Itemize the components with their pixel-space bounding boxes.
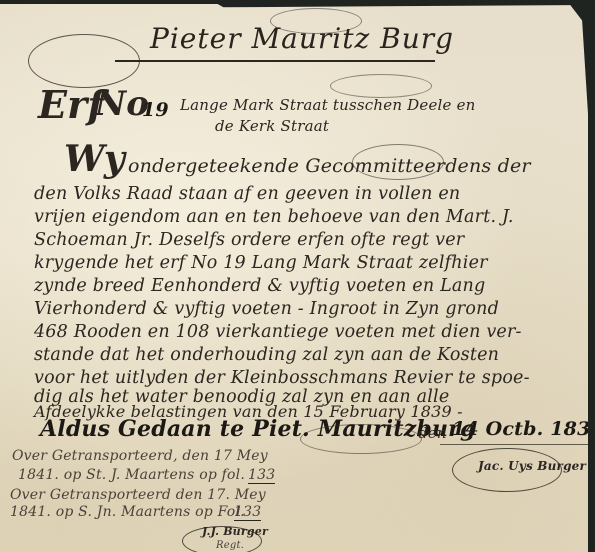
main-signature: Jac. Uys Burger bbox=[478, 459, 586, 473]
closing-date-prefix: den bbox=[418, 424, 447, 442]
address-flourish bbox=[330, 74, 432, 98]
closing-rule bbox=[440, 444, 588, 445]
body-line-5: krygende het erf No 19 Lang Mark Straat … bbox=[34, 253, 488, 273]
transfer-note-2-line-2: 1841. op S. Jn. Maartens op Fol. bbox=[10, 504, 245, 520]
transfer-note-2-line-1: Over Getransporteerd den 17. Mey bbox=[10, 487, 266, 503]
transfer-note-1-line-2: 1841. op St. J. Maartens op fol. bbox=[18, 467, 245, 483]
body-line-4: Schoeman Jr. Deselfs ordere erfen ofte r… bbox=[34, 230, 464, 250]
date-flourish bbox=[300, 424, 422, 454]
body-line-8: 468 Rooden en 108 vierkantiege voeten me… bbox=[34, 322, 522, 342]
body-lead-word: Wy bbox=[64, 138, 125, 180]
title-underline bbox=[115, 60, 435, 62]
address-line-2: de Kerk Straat bbox=[215, 117, 329, 135]
erf-number: 19 bbox=[142, 99, 169, 121]
closing-date: 14 Octb. 1839 bbox=[452, 418, 595, 440]
body-line-9: stande dat het onderhouding zal zyn aan … bbox=[34, 345, 499, 365]
body-line-10: voor het uitlyden der Kleinbosschmans Re… bbox=[34, 368, 530, 388]
body-line-2: den Volks Raad staan af en geeven in vol… bbox=[34, 184, 460, 204]
body-line-3: vrijen eigendom aan en ten behoeve van d… bbox=[34, 207, 514, 227]
registrar-title: Regt. bbox=[216, 540, 244, 551]
g-flourish bbox=[352, 144, 444, 180]
title-flourish-right bbox=[270, 8, 362, 34]
body-line-6: zynde breed Eenhonderd & vyftig voeten e… bbox=[34, 276, 485, 296]
transfer-note-1-folio: 133 bbox=[248, 467, 275, 484]
address-line-1: Lange Mark Straat tusschen Deele en bbox=[180, 96, 476, 114]
body-line-1: ondergeteekende Gecommitteerdens der bbox=[128, 155, 531, 177]
document-page: Pieter Mauritz Burg Erf No 19 Lange Mark… bbox=[0, 4, 588, 552]
body-line-7: Vierhonderd & vyftig voeten - Ingroot in… bbox=[34, 299, 499, 319]
registrar-signature: J.J. Burger bbox=[202, 525, 268, 538]
transfer-note-2-folio: 133 bbox=[234, 504, 261, 521]
transfer-note-1-line-1: Over Getransporteerd, den 17 Mey bbox=[12, 448, 268, 464]
